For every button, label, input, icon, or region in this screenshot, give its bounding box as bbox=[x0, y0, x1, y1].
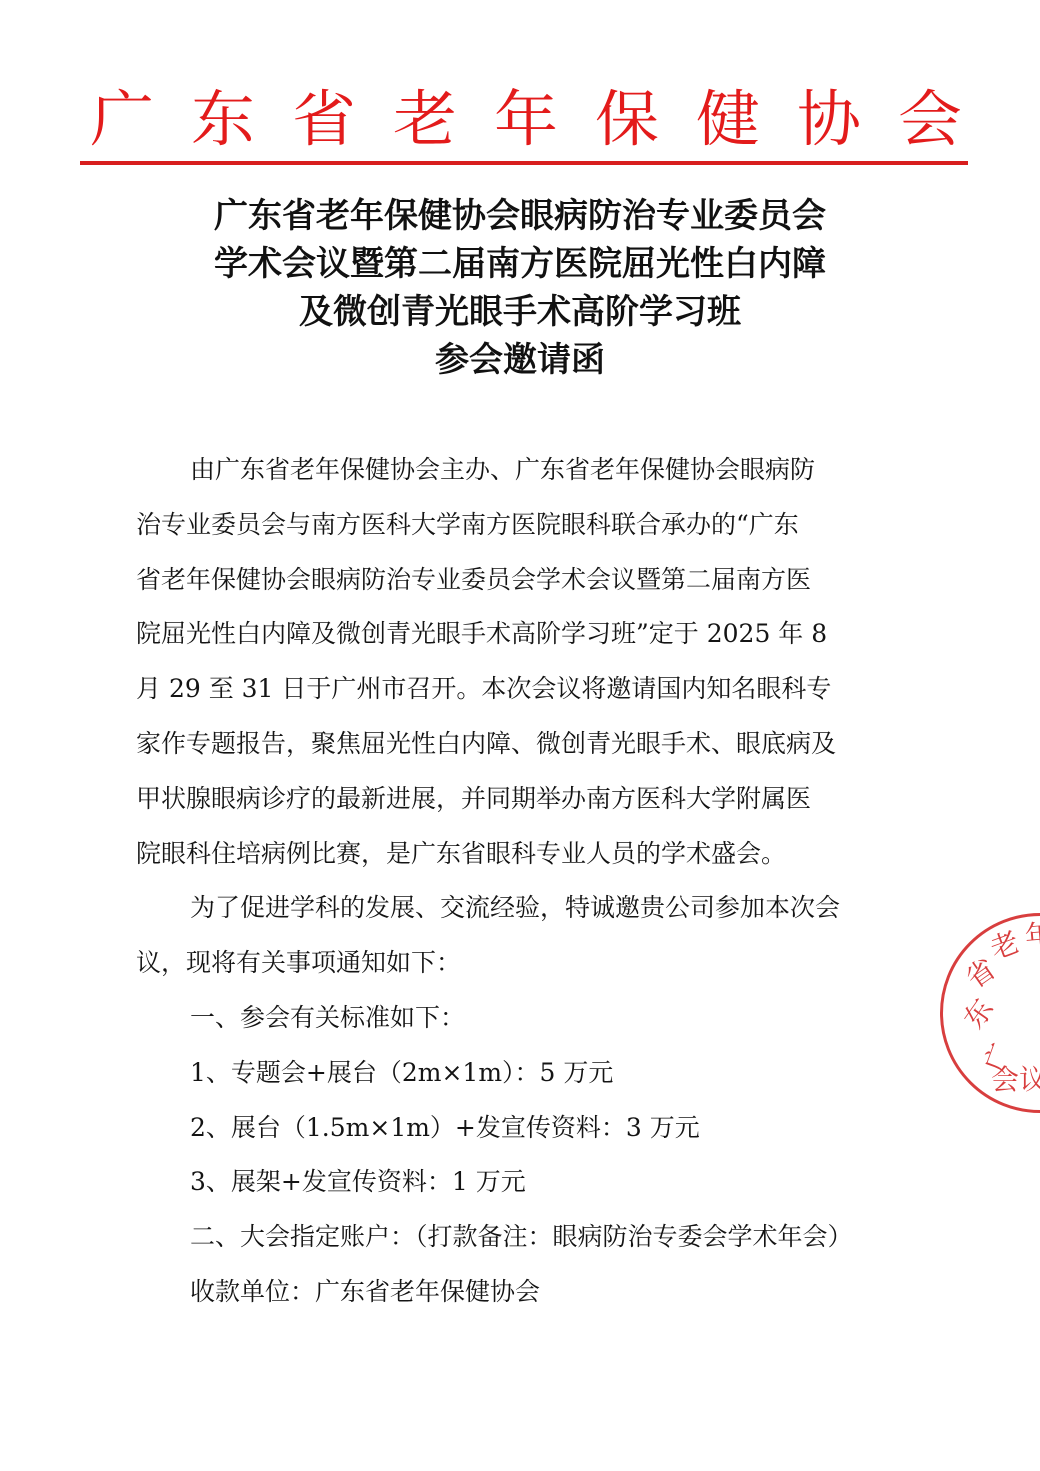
section-account: 二、大会指定账户：（打款备注：眼病防治专委会学术年会） 收款单位：广东省老年保健… bbox=[136, 1210, 896, 1320]
org-name-char: 老 bbox=[393, 84, 457, 156]
fee-item: 2、展台（1.5m×1m）+发宣传资料：3 万元 bbox=[136, 1101, 896, 1156]
title-line: 广东省老年保健协会眼病防治专业委员会 bbox=[140, 192, 900, 240]
text-line: 省老年保健协会眼病防治专业委员会学术会议暨第二届南方医 bbox=[136, 553, 896, 608]
text-line: 治专业委员会与南方医科大学南方医院眼科联合承办的“广东 bbox=[136, 498, 896, 553]
text-line: 议，现将有关事项通知如下： bbox=[136, 936, 896, 991]
text-line: 由广东省老年保健协会主办、广东省老年保健协会眼病防 bbox=[136, 443, 896, 498]
seal-char: 年 bbox=[1024, 921, 1040, 951]
org-name-char: 保 bbox=[595, 84, 659, 156]
text-line: 家作专题报告，聚焦屈光性白内障、微创青光眼手术、眼底病及 bbox=[136, 717, 896, 772]
section-fee-standards: 一、参会有关标准如下： 1、专题会+展台（2m×1m）：5 万元 2、展台（1.… bbox=[136, 991, 896, 1210]
text-line: 月 29 至 31 日于广州市召开。本次会议将邀请国内知名眼科专 bbox=[136, 662, 896, 717]
org-name-char: 东 bbox=[191, 84, 255, 156]
fee-item: 3、展架+发宣传资料：1 万元 bbox=[136, 1155, 896, 1210]
title-line: 及微创青光眼手术高阶学习班 bbox=[140, 288, 900, 336]
document-title: 广东省老年保健协会眼病防治专业委员会 学术会议暨第二届南方医院屈光性白内障 及微… bbox=[140, 192, 900, 384]
paragraph-intro: 由广东省老年保健协会主办、广东省老年保健协会眼病防 治专业委员会与南方医科大学南… bbox=[136, 443, 896, 881]
letterhead: 广 东 省 老 年 保 健 协 会 bbox=[80, 82, 970, 162]
org-name-char: 协 bbox=[797, 84, 861, 156]
org-name-char: 省 bbox=[292, 84, 356, 156]
organization-name: 广 东 省 老 年 保 健 协 会 bbox=[80, 82, 970, 158]
org-name-char: 广 bbox=[90, 84, 154, 156]
official-seal: 广 东 省 老 年 会 议 bbox=[940, 913, 1040, 1113]
seal-char: 会 bbox=[991, 1066, 1019, 1094]
text-line: 院屈光性白内障及微创青光眼手术高阶学习班”定于 2025 年 8 bbox=[136, 607, 896, 662]
text-line: 为了促进学科的发展、交流经验，特诚邀贵公司参加本次会 bbox=[136, 881, 896, 936]
payee-line: 收款单位：广东省老年保健协会 bbox=[136, 1265, 896, 1320]
seal-char: 老 bbox=[987, 928, 1023, 964]
org-name-char: 年 bbox=[494, 84, 558, 156]
text-line: 院眼科住培病例比赛，是广东省眼科专业人员的学术盛会。 bbox=[136, 827, 896, 882]
paragraph-invitation: 为了促进学科的发展、交流经验，特诚邀贵公司参加本次会 议，现将有关事项通知如下： bbox=[136, 881, 896, 991]
text-line: 甲状腺眼病诊疗的最新进展，并同期举办南方医科大学附属医 bbox=[136, 772, 896, 827]
org-name-char: 会 bbox=[898, 84, 962, 156]
title-line: 学术会议暨第二届南方医院屈光性白内障 bbox=[140, 240, 900, 288]
fee-item: 1、专题会+展台（2m×1m）：5 万元 bbox=[136, 1046, 896, 1101]
org-name-char: 健 bbox=[696, 84, 760, 156]
seal-char: 东 bbox=[960, 994, 999, 1033]
section-heading: 一、参会有关标准如下： bbox=[136, 991, 896, 1046]
section-heading: 二、大会指定账户：（打款备注：眼病防治专委会学术年会） bbox=[136, 1210, 896, 1265]
seal-char: 议 bbox=[1019, 1066, 1040, 1094]
document-body: 由广东省老年保健协会主办、广东省老年保健协会眼病防 治专业委员会与南方医科大学南… bbox=[136, 443, 896, 1320]
letterhead-divider bbox=[80, 161, 968, 165]
title-line: 参会邀请函 bbox=[140, 336, 900, 384]
